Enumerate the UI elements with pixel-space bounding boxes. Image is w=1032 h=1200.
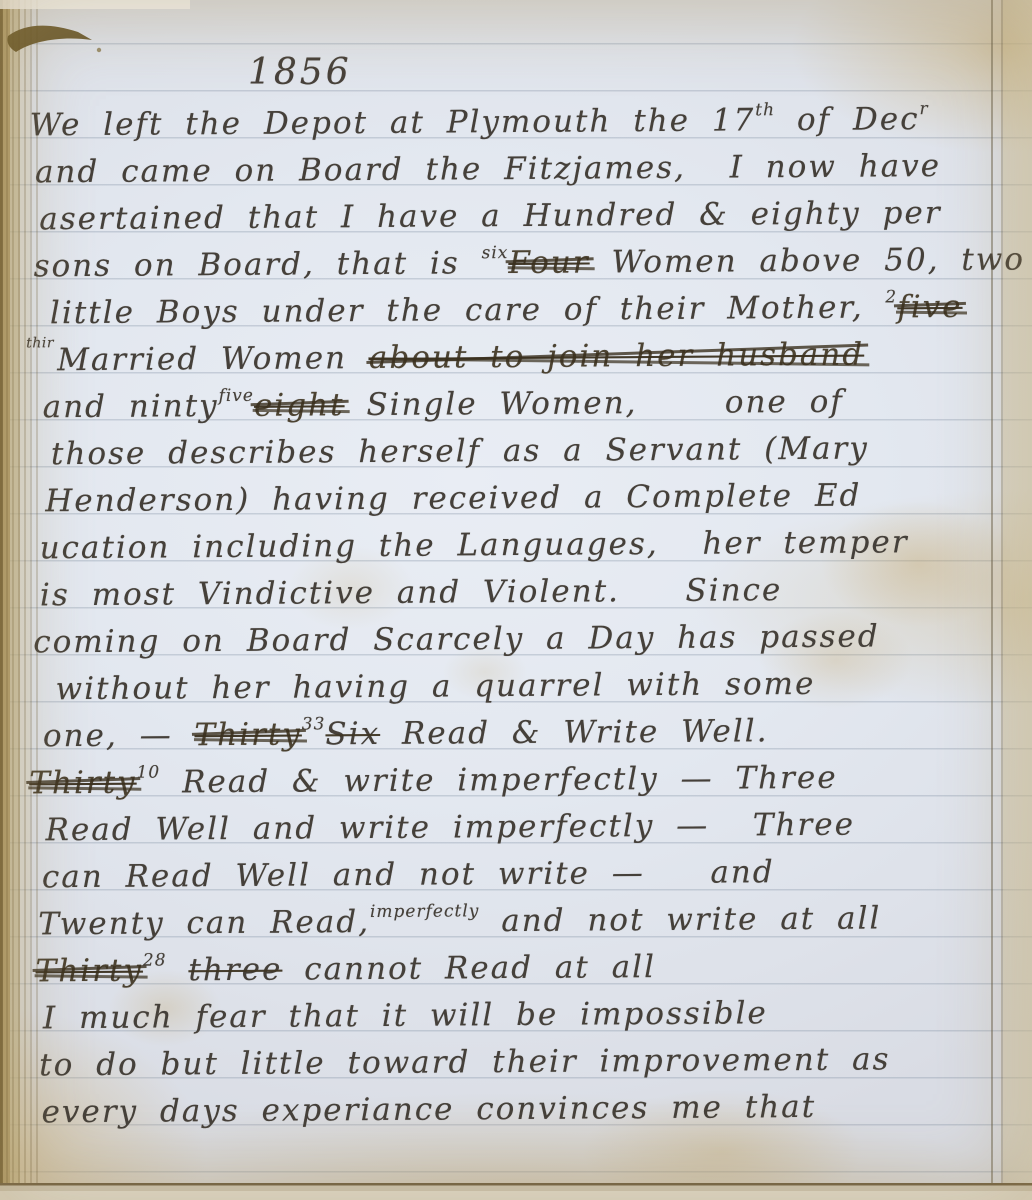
text-segment-n: and ninty — [43, 388, 219, 425]
text-segment-n: and came on Board the Fitzjames, I now h… — [35, 148, 941, 190]
manuscript-line: Read Well and write imperfectly — Three — [45, 807, 855, 849]
text-segment-n: We left the Depot at Plymouth the 17 — [30, 102, 756, 143]
manuscript-page: 1856 We left the Depot at Plymouth the 1… — [0, 0, 1032, 1200]
text-segment-sup: imperfectly — [370, 901, 480, 922]
text-segment-n: Read & Write Well. — [380, 713, 769, 752]
text-segment-st: three — [188, 952, 282, 989]
manuscript-line: Thirty28 three cannot Read at all — [35, 949, 656, 989]
text-segment-n: asertained that I have a Hundred & eight… — [39, 195, 941, 237]
manuscript-line: We left the Depot at Plymouth the 17th o… — [30, 101, 929, 143]
text-segment-n: can Read Well and not write — and — [42, 854, 775, 895]
text-segment-sup: 10 — [136, 762, 160, 782]
text-segment-sc: Thirty — [194, 716, 302, 753]
manuscript-line: Henderson) having received a Complete Ed — [45, 478, 861, 520]
manuscript-line: coming on Board Scarcely a Day has passe… — [33, 618, 880, 660]
manuscript-line: is most Vindictive and Violent. Since — [40, 572, 783, 613]
text-segment-sc: Thirty — [35, 953, 143, 990]
text-segment-n: without her having a quarrel with some — [55, 666, 815, 707]
text-segment-n: to do but little toward their improvemen… — [39, 1041, 890, 1083]
text-segment-sup: five — [218, 386, 254, 406]
text-segment-sc: Thirty — [29, 765, 137, 802]
text-segment-n: those describes herself as a Servant (Ma… — [51, 431, 869, 473]
text-segment-sc: about to join her husband — [369, 337, 864, 376]
manuscript-line: asertained that I have a Hundred & eight… — [39, 195, 941, 237]
text-segment-n: Single Women, one of — [344, 384, 844, 423]
text-segment-n: Read Well and write imperfectly — Three — [45, 807, 855, 849]
text-segment-n: is most Vindictive and Violent. Since — [40, 572, 783, 613]
manuscript-line: ucation including the Languages, her tem… — [40, 524, 909, 566]
text-segment-sup: r — [919, 99, 928, 119]
text-segment-n: little Boys under the care of their Moth… — [50, 289, 886, 331]
text-segment-sc: Four — [508, 244, 590, 281]
text-segment-n: every days experiance convinces me that — [41, 1089, 816, 1130]
manuscript-line: sons on Board, that is sixFour Women abo… — [34, 241, 1026, 284]
text-segment-sup: six — [481, 243, 508, 263]
manuscript-text: We left the Depot at Plymouth the 17th o… — [0, 0, 1032, 1200]
manuscript-line: I much fear that it will be impossible — [43, 995, 768, 1036]
manuscript-line: without her having a quarrel with some — [55, 666, 815, 707]
text-segment-n: I much fear that it will be impossible — [43, 995, 768, 1036]
text-segment-n: one, — — [43, 717, 195, 754]
manuscript-line: thirMarried Women about to join her husb… — [26, 337, 864, 379]
text-segment-n: sons on Board, that is — [34, 245, 482, 284]
text-segment-n — [166, 952, 188, 988]
text-segment-note: thir — [26, 335, 54, 351]
manuscript-line: and came on Board the Fitzjames, I now h… — [35, 148, 941, 190]
text-segment-n: coming on Board Scarcely a Day has passe… — [33, 618, 880, 660]
text-segment-n: and not write at all — [479, 900, 881, 939]
manuscript-line: little Boys under the care of their Moth… — [50, 289, 963, 331]
text-segment-sup: 28 — [143, 950, 167, 970]
text-segment-sc: five — [897, 289, 962, 325]
manuscript-line: Thirty10 Read & write imperfectly — Thre… — [29, 760, 838, 802]
manuscript-line: and nintyfiveeight Single Women, one of — [43, 384, 844, 426]
text-segment-n: of Dec — [775, 101, 920, 138]
manuscript-line: one, — Thirty33Six Read & Write Well. — [43, 713, 769, 754]
text-segment-n: Women above 50, two — [590, 241, 1026, 280]
manuscript-line: to do but little toward their improvemen… — [39, 1041, 890, 1083]
text-segment-sup: 33 — [302, 714, 326, 734]
manuscript-line: can Read Well and not write — and — [42, 854, 775, 895]
manuscript-line: every days experiance convinces me that — [41, 1089, 816, 1130]
text-segment-n: Read & write imperfectly — Three — [160, 760, 838, 801]
manuscript-line: Twenty can Read,imperfectly and not writ… — [38, 900, 881, 942]
text-segment-sup: th — [755, 100, 775, 120]
manuscript-line: those describes herself as a Servant (Ma… — [51, 431, 869, 473]
text-segment-n: Henderson) having received a Complete Ed — [45, 478, 861, 520]
text-segment-n: ucation including the Languages, her tem… — [40, 524, 909, 566]
text-segment-st: Six — [325, 716, 380, 752]
text-segment-sc: eight — [254, 387, 345, 424]
text-segment-n: Married Women — [57, 340, 369, 378]
text-segment-n: cannot Read at all — [282, 949, 656, 988]
text-segment-n: Twenty can Read, — [38, 904, 370, 942]
